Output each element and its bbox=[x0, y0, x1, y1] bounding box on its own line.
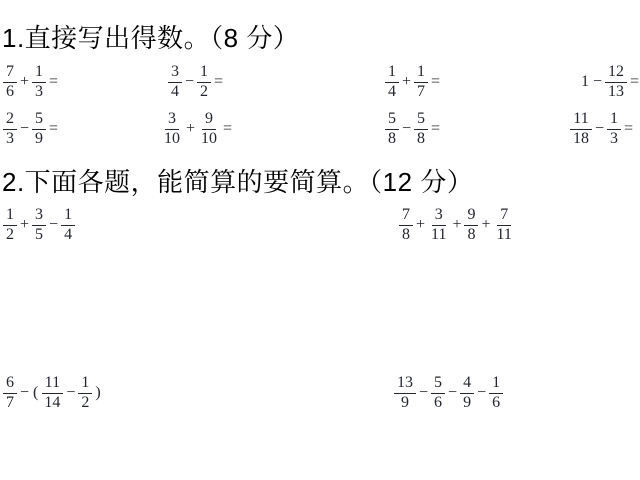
fraction: 59 bbox=[32, 111, 46, 148]
denominator: 8 bbox=[385, 130, 399, 148]
math-token: + bbox=[452, 217, 461, 233]
math-token: + bbox=[416, 217, 425, 233]
numerator: 2 bbox=[3, 111, 17, 130]
denominator: 2 bbox=[3, 226, 17, 244]
numerator: 1 bbox=[61, 207, 75, 226]
numerator: 9 bbox=[464, 207, 478, 226]
fraction: 34 bbox=[168, 64, 182, 101]
fraction: 58 bbox=[385, 111, 399, 148]
denominator: 4 bbox=[61, 226, 75, 244]
math-expression: 34−12= bbox=[167, 64, 225, 101]
numerator: 3 bbox=[32, 207, 46, 226]
numerator: 1 bbox=[197, 64, 211, 83]
math-expression: 23−59= bbox=[2, 111, 60, 148]
denominator: 9 bbox=[32, 130, 46, 148]
math-token: − bbox=[477, 385, 486, 401]
fraction: 16 bbox=[489, 375, 503, 412]
denominator: 13 bbox=[605, 83, 627, 101]
denominator: 4 bbox=[385, 83, 399, 101]
denominator: 10 bbox=[161, 130, 183, 148]
numerator: 12 bbox=[605, 64, 627, 83]
numerator: 3 bbox=[165, 111, 179, 130]
numerator: 5 bbox=[414, 111, 428, 130]
math-token: + bbox=[20, 217, 29, 233]
denominator: 3 bbox=[607, 130, 621, 148]
fraction: 1118 bbox=[570, 111, 592, 148]
fraction: 35 bbox=[32, 207, 46, 244]
math-expression: 12+35−14 bbox=[2, 207, 76, 244]
fraction: 23 bbox=[3, 111, 17, 148]
math-token: − bbox=[20, 385, 29, 401]
math-expression: 1−1213= bbox=[579, 64, 640, 101]
fraction: 311 bbox=[428, 207, 449, 244]
numerator: 1 bbox=[414, 64, 428, 83]
denominator: 5 bbox=[32, 226, 46, 244]
numerator: 1 bbox=[32, 64, 46, 83]
numerator: 3 bbox=[432, 207, 446, 226]
denominator: 18 bbox=[570, 130, 592, 148]
fraction: 17 bbox=[414, 64, 428, 101]
math-token: + bbox=[186, 121, 195, 137]
denominator: 2 bbox=[197, 83, 211, 101]
numerator: 1 bbox=[3, 207, 17, 226]
numerator: 5 bbox=[431, 375, 445, 394]
math-token: = bbox=[630, 74, 639, 90]
numerator: 13 bbox=[394, 375, 416, 394]
numerator: 9 bbox=[202, 111, 216, 130]
math-token: = bbox=[49, 74, 58, 90]
math-token: + bbox=[481, 217, 490, 233]
fraction: 58 bbox=[414, 111, 428, 148]
denominator: 7 bbox=[3, 394, 17, 412]
fraction: 139 bbox=[394, 375, 416, 412]
numerator: 1 bbox=[385, 64, 399, 83]
denominator: 9 bbox=[398, 394, 412, 412]
math-token: − bbox=[448, 385, 457, 401]
fraction: 310 bbox=[161, 111, 183, 148]
denominator: 8 bbox=[464, 226, 478, 244]
numerator: 1 bbox=[78, 375, 92, 394]
math-expression: 14+17= bbox=[384, 64, 442, 101]
numerator: 7 bbox=[497, 207, 511, 226]
denominator: 8 bbox=[399, 226, 413, 244]
math-expression: 67−(1114−12) bbox=[2, 375, 103, 412]
section1-heading: 1.直接写出得数。（8 分） bbox=[2, 18, 299, 55]
numerator: 7 bbox=[3, 64, 17, 83]
math-expression: 139−56−49−16 bbox=[393, 375, 504, 412]
fraction: 711 bbox=[494, 207, 515, 244]
numerator: 11 bbox=[570, 111, 591, 130]
denominator: 6 bbox=[3, 83, 17, 101]
fraction: 67 bbox=[3, 375, 17, 412]
math-token: − bbox=[20, 121, 29, 137]
fraction: 49 bbox=[460, 375, 474, 412]
math-token: = bbox=[431, 121, 440, 137]
fraction: 1114 bbox=[41, 375, 63, 412]
denominator: 11 bbox=[494, 226, 515, 244]
numerator: 5 bbox=[385, 111, 399, 130]
math-token: − bbox=[49, 217, 58, 233]
numerator: 5 bbox=[32, 111, 46, 130]
math-token: ( bbox=[33, 385, 38, 401]
fraction: 98 bbox=[464, 207, 478, 244]
math-expression: 58−58= bbox=[384, 111, 442, 148]
math-token: = bbox=[624, 121, 633, 137]
math-token: = bbox=[214, 74, 223, 90]
fraction: 12 bbox=[3, 207, 17, 244]
numerator: 6 bbox=[3, 375, 17, 394]
denominator: 6 bbox=[431, 394, 445, 412]
math-expression: 76+13= bbox=[2, 64, 60, 101]
denominator: 10 bbox=[198, 130, 220, 148]
fraction: 12 bbox=[78, 375, 92, 412]
math-token: = bbox=[223, 121, 232, 137]
math-token: − bbox=[402, 121, 411, 137]
math-expression: 78+311+98+711 bbox=[398, 207, 516, 244]
math-token: ) bbox=[95, 385, 100, 401]
math-token: = bbox=[431, 74, 440, 90]
numerator: 11 bbox=[42, 375, 63, 394]
fraction: 56 bbox=[431, 375, 445, 412]
numerator: 4 bbox=[460, 375, 474, 394]
fraction: 910 bbox=[198, 111, 220, 148]
numerator: 3 bbox=[168, 64, 182, 83]
fraction: 14 bbox=[385, 64, 399, 101]
math-token: = bbox=[49, 121, 58, 137]
math-token: + bbox=[402, 74, 411, 90]
math-expression: 1118−13= bbox=[569, 111, 635, 148]
numerator: 7 bbox=[399, 207, 413, 226]
math-token: + bbox=[20, 74, 29, 90]
fraction: 13 bbox=[32, 64, 46, 101]
numerator: 1 bbox=[607, 111, 621, 130]
section2-heading: 2.下面各题，能简算的要简算。（12 分） bbox=[2, 162, 473, 199]
denominator: 9 bbox=[460, 394, 474, 412]
denominator: 14 bbox=[41, 394, 63, 412]
fraction: 12 bbox=[197, 64, 211, 101]
math-token: 1 bbox=[581, 74, 589, 90]
fraction: 14 bbox=[61, 207, 75, 244]
fraction: 78 bbox=[399, 207, 413, 244]
math-token: − bbox=[595, 121, 604, 137]
fraction: 1213 bbox=[605, 64, 627, 101]
denominator: 3 bbox=[32, 83, 46, 101]
denominator: 4 bbox=[168, 83, 182, 101]
denominator: 6 bbox=[489, 394, 503, 412]
math-expression: 310+910= bbox=[160, 111, 234, 148]
math-token: − bbox=[593, 74, 602, 90]
fraction: 13 bbox=[607, 111, 621, 148]
fraction: 76 bbox=[3, 64, 17, 101]
denominator: 3 bbox=[3, 130, 17, 148]
math-token: − bbox=[66, 385, 75, 401]
math-token: − bbox=[419, 385, 428, 401]
math-token: − bbox=[185, 74, 194, 90]
denominator: 7 bbox=[414, 83, 428, 101]
numerator: 1 bbox=[489, 375, 503, 394]
denominator: 11 bbox=[428, 226, 449, 244]
denominator: 8 bbox=[414, 130, 428, 148]
denominator: 2 bbox=[78, 394, 92, 412]
